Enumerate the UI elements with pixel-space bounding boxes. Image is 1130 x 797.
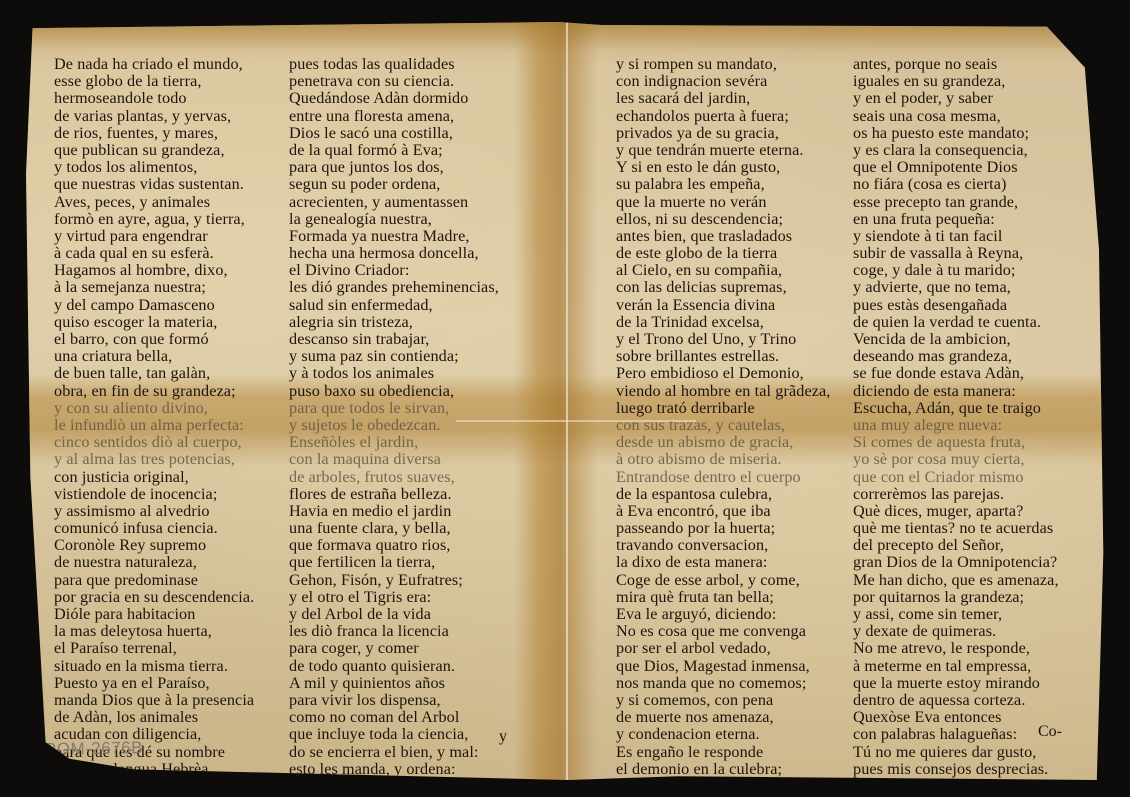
verse-line: No es cosa que me convenga (616, 623, 830, 640)
verse-line: acrecienten, y aumentassen (289, 194, 499, 211)
verse-line: A mil y quinientos años (289, 675, 499, 692)
verse-line: y sujetos le obedezcan. (289, 417, 499, 434)
verse-line: para vivir los dispensa, (289, 692, 499, 709)
verse-line: de rios, fuentes, y mares, (54, 125, 254, 142)
verse-line: desde un abismo de gracia, (616, 434, 830, 451)
verse-line: y virtud para engendrar (54, 228, 254, 245)
verse-line: gran Dios de la Omnipotencia? (853, 554, 1059, 571)
verse-line: por gracia en su descendencia. (54, 589, 254, 606)
verse-line: antes bien, que trasladados (616, 228, 830, 245)
verse-line: Hagamos al hombre, dixo, (54, 262, 254, 279)
verse-line: y que tendrán muerte eterna. (616, 142, 830, 159)
verse-line: coge, y dale à tu marido; (853, 262, 1059, 279)
verse-line: y del Arbol de la vida (289, 606, 499, 623)
verse-line: formò en ayre, agua, y tierra, (54, 211, 254, 228)
verse-line: pues estàs desengañada (853, 297, 1059, 314)
verse-line: echandolos puerta à fuera; (616, 108, 830, 125)
verse-line: à cada qual en su esferà. (54, 245, 254, 262)
verse-line: una muy alegre nueva: (853, 417, 1059, 434)
verse-line: diciendo de esta manera: (853, 383, 1059, 400)
verse-line: por quitarnos la grandeza; (853, 589, 1059, 606)
verse-line: con indignacion sevéra (616, 73, 830, 90)
verse-line: Coronòle Rey supremo (54, 537, 254, 554)
verse-line: flores de estraña belleza. (289, 486, 499, 503)
verse-line: alegria sin tristeza, (289, 314, 499, 331)
verse-line: una criatura bella, (54, 348, 254, 365)
verse-line: esse precepto tan grande, (853, 194, 1059, 211)
verse-line: obra, en fin de su grandeza; (54, 383, 254, 400)
verse-line: y à todos los animales (289, 365, 499, 382)
verse-line: à la semejanza nuestra; (54, 279, 254, 296)
verse-line: que el Omnipotente Dios (853, 159, 1059, 176)
verse-line: salud sin enfermedad, (289, 297, 499, 314)
verse-line: esto les manda, y ordena: (289, 761, 499, 778)
verse-line: y assimismo al alvedrio (54, 503, 254, 520)
verse-line: que Dios, Magestad inmensa, (616, 658, 830, 675)
verse-line: en una fruta pequeña: (853, 211, 1059, 228)
verse-line: à Eva encontró, que iba (616, 503, 830, 520)
verse-line: pues mis consejos desprecias. (853, 761, 1059, 778)
verse-line: la genealogía nuestra, (289, 211, 499, 228)
verse-line: para que todos le sirvan, (289, 400, 499, 417)
verse-line: al Cielo, en su compañia, (616, 262, 830, 279)
verse-line: esse globo de la tierra, (54, 73, 254, 90)
verse-line: comunicó infusa ciencia. (54, 520, 254, 537)
verse-line: le infundiò un alma perfecta: (54, 417, 254, 434)
verse-line: Es engaño le responde (616, 744, 830, 761)
verse-line: por ser el arbol vedado, (616, 640, 830, 657)
verse-line: de la Trinidad excelsa, (616, 314, 830, 331)
text-column-3: y si rompen su mandato,con indignacion s… (616, 56, 830, 778)
verse-line: penetrava con su ciencia. (289, 73, 499, 90)
verse-line: Dios le sacó una costilla, (289, 125, 499, 142)
verse-line: dentro de aquessa corteza. (853, 692, 1059, 709)
verse-line: de buen talle, tan galàn, (54, 365, 254, 382)
verse-line: correrèmos las parejas. (853, 486, 1059, 503)
verse-line: deseando mas grandeza, (853, 348, 1059, 365)
text-column-4: antes, porque no seaisiguales en su gran… (853, 56, 1059, 778)
verse-line: Aves, peces, y animales (54, 194, 254, 211)
verse-line: antes, porque no seais (853, 56, 1059, 73)
verse-line: de arboles, frutos suaves, (289, 469, 499, 486)
verse-line: la mas deleytosa huerta, (54, 623, 254, 640)
verse-line: de todo quanto quisieran. (289, 658, 499, 675)
verse-line: que publican su grandeza, (54, 142, 254, 159)
catchword-column-2: y (499, 728, 507, 746)
verse-line: pues todas las qualidades (289, 56, 499, 73)
verse-line: què me tientas? no te acuerdas (853, 520, 1059, 537)
verse-line: yo sè por cosa muy cierta, (853, 451, 1059, 468)
verse-line: Eva le arguyó, diciendo: (616, 606, 830, 623)
verse-line: do se encierra el bien, y mal: (289, 744, 499, 761)
verse-line: de la qual formó à Eva; (289, 142, 499, 159)
verse-line: privados ya de su gracia, (616, 125, 830, 142)
verse-line: de quien la verdad te cuenta. (853, 314, 1059, 331)
catchword-column-4: Co- (1038, 723, 1062, 741)
verse-line: verán la Essencia divina (616, 297, 830, 314)
verse-line: les diò franca la licencia (289, 623, 499, 640)
verse-line: hecha una hermosa doncella, (289, 245, 499, 262)
verse-line: luego trató derribarle (616, 400, 830, 417)
verse-line: el Divino Criador: (289, 262, 499, 279)
verse-line: Dióle para habitacion (54, 606, 254, 623)
verse-line: de este globo de la tierra (616, 245, 830, 262)
verse-line: ellos, ni su descendencia; (616, 211, 830, 228)
text-column-2: pues todas las qualidadespenetrava con s… (289, 56, 499, 778)
verse-line: passeando por la huerta; (616, 520, 830, 537)
verse-line: que fertilicen la tierra, (289, 554, 499, 571)
verse-line: de varias plantas, y yervas, (54, 108, 254, 125)
verse-line: hermoseandole todo (54, 90, 254, 107)
verse-line: el demonio en la culebra; (616, 761, 830, 778)
verse-line: Me han dicho, que es amenaza, (853, 572, 1059, 589)
verse-line: Si comes de aquesta fruta, (853, 434, 1059, 451)
verse-line: y el Trono del Uno, y Trino (616, 331, 830, 348)
verse-line: nos manda que no comemos; (616, 675, 830, 692)
verse-line: que nuestras vidas sustentan. (54, 176, 254, 193)
verse-line: y suma paz sin contienda; (289, 348, 499, 365)
verse-line: Què dices, muger, aparta? (853, 503, 1059, 520)
verse-line: sobre brillantes estrellas. (616, 348, 830, 365)
verse-line: con las delicias supremas, (616, 279, 830, 296)
verse-line: y con su aliento divino, (54, 400, 254, 417)
verse-line: puso baxo su obediencia, (289, 383, 499, 400)
verse-line: Formada ya nuestra Madre, (289, 228, 499, 245)
verse-line: con justicia original, (54, 469, 254, 486)
verse-line: y al alma las tres potencias, (54, 451, 254, 468)
scanned-document: De nada ha criado el mundo,esse globo de… (0, 0, 1130, 797)
paper-sheet: De nada ha criado el mundo,esse globo de… (26, 22, 1112, 780)
verse-line: y el otro el Tigris era: (289, 589, 499, 606)
verse-line: y assi, come sin temer, (853, 606, 1059, 623)
verse-line: Entrandose dentro el cuerpo (616, 469, 830, 486)
verse-line: Vencida de la ambicion, (853, 331, 1059, 348)
verse-line: se fue donde estava Adàn, (853, 365, 1059, 382)
verse-line: de Adàn, los animales (54, 709, 254, 726)
verse-line: quiso escoger la materia, (54, 314, 254, 331)
verse-line: una fuente clara, y bella, (289, 520, 499, 537)
verse-line: y en el poder, y saber (853, 90, 1059, 107)
verse-line: de la espantosa culebra, (616, 486, 830, 503)
verse-line: vistiendole de inocencia; (54, 486, 254, 503)
verse-line: Coge de esse arbol, y come, (616, 572, 830, 589)
verse-line: del precepto del Señor, (853, 537, 1059, 554)
verse-line: y si rompen su mandato, (616, 56, 830, 73)
verse-line: les sacará del jardin, (616, 90, 830, 107)
verse-line: que con el Criador mismo (853, 469, 1059, 486)
verse-line: que incluye toda la ciencia, (289, 726, 499, 743)
verse-line: y del campo Damasceno (54, 297, 254, 314)
verse-line: para que predominase (54, 572, 254, 589)
verse-line: iguales en su grandeza, (853, 73, 1059, 90)
verse-line: entre una floresta amena, (289, 108, 499, 125)
verse-line: y advierte, que no tema, (853, 279, 1059, 296)
verse-line: Y si en esto le dán gusto, (616, 159, 830, 176)
verse-line: Quedándose Adàn dormido (289, 90, 499, 107)
verse-line: segun su poder ordena, (289, 176, 499, 193)
center-fold-line (566, 22, 568, 780)
verse-line: para coger, y comer (289, 640, 499, 657)
verse-line: Pero embidioso el Demonio, (616, 365, 830, 382)
verse-line: no fiára (cosa es cierta) (853, 176, 1059, 193)
verse-line: viendo al hombre en tal grãdeza, (616, 383, 830, 400)
verse-line: travando conversacion, (616, 537, 830, 554)
verse-line: y dexate de quimeras. (853, 623, 1059, 640)
verse-line: Havia en medio el jardin (289, 503, 499, 520)
verse-line: De nada ha criado el mundo, (54, 56, 254, 73)
verse-line: mira què fruta tan bella; (616, 589, 830, 606)
verse-line: Escucha, Adán, que te traigo (853, 400, 1059, 417)
verse-line: de nuestra naturaleza, (54, 554, 254, 571)
verse-line: que la muerte estoy mirando (853, 675, 1059, 692)
verse-line: subir de vassalla à Reyna, (853, 245, 1059, 262)
verse-line: que la muerte no verán (616, 194, 830, 211)
verse-line: Quexòse Eva entonces (853, 709, 1059, 726)
verse-line: situado en la misma tierra. (54, 658, 254, 675)
pencil-shelfmark: ROM-2676B (44, 738, 143, 760)
verse-line: Tú no me quieres dar gusto, (853, 744, 1059, 761)
verse-line: y todos los alimentos, (54, 159, 254, 176)
water-stain-center-fold (514, 22, 598, 780)
verse-line: la dixo de esta manera: (616, 554, 830, 571)
verse-line: de muerte nos amenaza, (616, 709, 830, 726)
verse-line: todos en lengua Hebrèa, (54, 761, 254, 778)
verse-line: No me atrevo, le responde, (853, 640, 1059, 657)
verse-line: con sus trazas, y cautelas, (616, 417, 830, 434)
verse-line: con la maquina diversa (289, 451, 499, 468)
verse-line: y si comemos, con pena (616, 692, 830, 709)
text-column-1: De nada ha criado el mundo,esse globo de… (54, 56, 254, 778)
verse-line: y es clara la consequencia, (853, 142, 1059, 159)
verse-line: seais una cosa mesma, (853, 108, 1059, 125)
verse-line: os ha puesto este mandato; (853, 125, 1059, 142)
verse-line: que formava quatro rios, (289, 537, 499, 554)
verse-line: el Paraíso terrenal, (54, 640, 254, 657)
verse-line: à otro abismo de miseria. (616, 451, 830, 468)
verse-line: y siendote à ti tan facil (853, 228, 1059, 245)
verse-line: à meterme en tal empressa, (853, 658, 1059, 675)
verse-line: descanso sin trabajar, (289, 331, 499, 348)
verse-line: para que juntos los dos, (289, 159, 499, 176)
verse-line: Enseñòles el jardin, (289, 434, 499, 451)
verse-line: y condenacion eterna. (616, 726, 830, 743)
verse-line: cinco sentidos diò al cuerpo, (54, 434, 254, 451)
verse-line: les dió grandes preheminencias, (289, 279, 499, 296)
verse-line: su palabra les empeña, (616, 176, 830, 193)
verse-line: con palabras halagueñas: (853, 726, 1059, 743)
verse-line: el barro, con que formó (54, 331, 254, 348)
verse-line: Gehon, Fisón, y Eufratres; (289, 572, 499, 589)
verse-line: manda Dios que à la presencia (54, 692, 254, 709)
verse-line: Puesto ya en el Paraíso, (54, 675, 254, 692)
verse-line: como no coman del Arbol (289, 709, 499, 726)
